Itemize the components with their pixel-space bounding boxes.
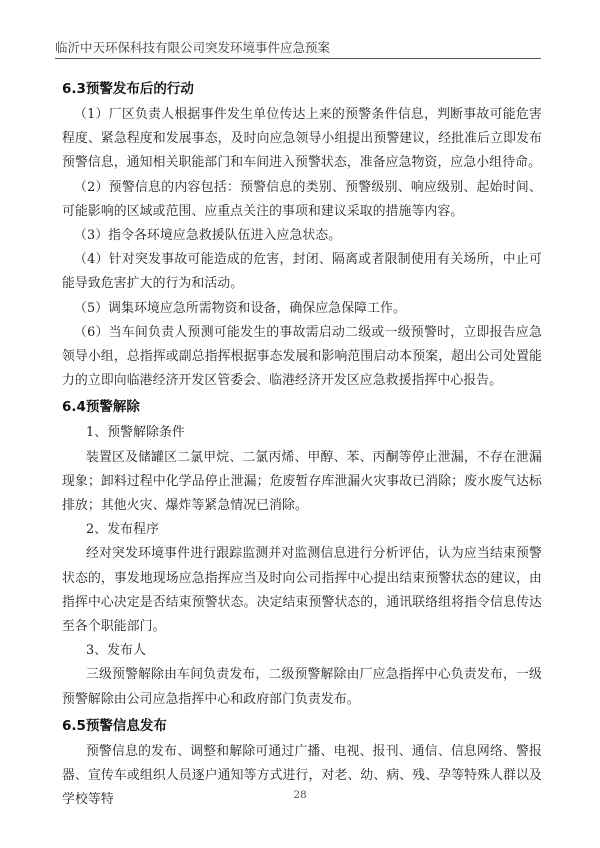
paragraph: （5）调集环境应急所需物资和设备，确保应急保障工作。 <box>62 297 542 321</box>
section-heading: 6.4预警解除 <box>62 396 542 418</box>
paragraph: （4）针对突发事故可能造成的危害，封闭、隔离或者限制使用有关场所，中止可能导致危… <box>62 248 542 296</box>
subheading: 1、预警解除条件 <box>62 421 542 445</box>
document-header: 临沂中天环保科技有限公司突发环境事件应急预案 <box>55 40 541 59</box>
document-body: 6.3预警发布后的行动 （1）厂区负责人根据事件发生单位传达上来的预警条件信息，… <box>62 78 542 812</box>
paragraph: 三级预警解除由车间负责发布，二级预警解除由厂应急指挥中心负责发布，一级预警解除由… <box>62 663 542 711</box>
paragraph: （1）厂区负责人根据事件发生单位传达上来的预警条件信息，判断事故可能危害程度、紧… <box>62 103 542 176</box>
subheading: 3、发布人 <box>62 639 542 663</box>
section-6-4: 6.4预警解除 1、预警解除条件 装置区及储罐区二氯甲烷、二氯丙烯、甲醇、苯、丙… <box>62 396 542 711</box>
paragraph: （3）指令各环境应急救援队伍进入应急状态。 <box>62 224 542 248</box>
paragraph: （6）当车间负责人预测可能发生的事故需启动二级或一级预警时，立即报告应急领导小组… <box>62 321 542 394</box>
paragraph: 装置区及储罐区二氯甲烷、二氯丙烯、甲醇、苯、丙酮等停止泄漏，不存在泄漏现象；卸料… <box>62 446 542 519</box>
subheading: 2、发布程序 <box>62 518 542 542</box>
paragraph: 预警信息的发布、调整和解除可通过广播、电视、报刊、通信、信息网络、警报器、宣传车… <box>62 740 542 813</box>
section-6-3: 6.3预警发布后的行动 （1）厂区负责人根据事件发生单位传达上来的预警条件信息，… <box>62 78 542 393</box>
header-title: 临沂中天环保科技有限公司突发环境事件应急预案 <box>55 40 330 55</box>
page-number: 28 <box>0 789 600 801</box>
section-heading: 6.5预警信息发布 <box>62 715 542 737</box>
paragraph: 经对突发环境事件进行跟踪监测并对监测信息进行分析评估，认为应当结束预警状态的，事… <box>62 542 542 639</box>
section-heading: 6.3预警发布后的行动 <box>62 78 542 100</box>
paragraph: （2）预警信息的内容包括：预警信息的类别、预警级别、响应级别、起始时间、可能影响… <box>62 176 542 224</box>
